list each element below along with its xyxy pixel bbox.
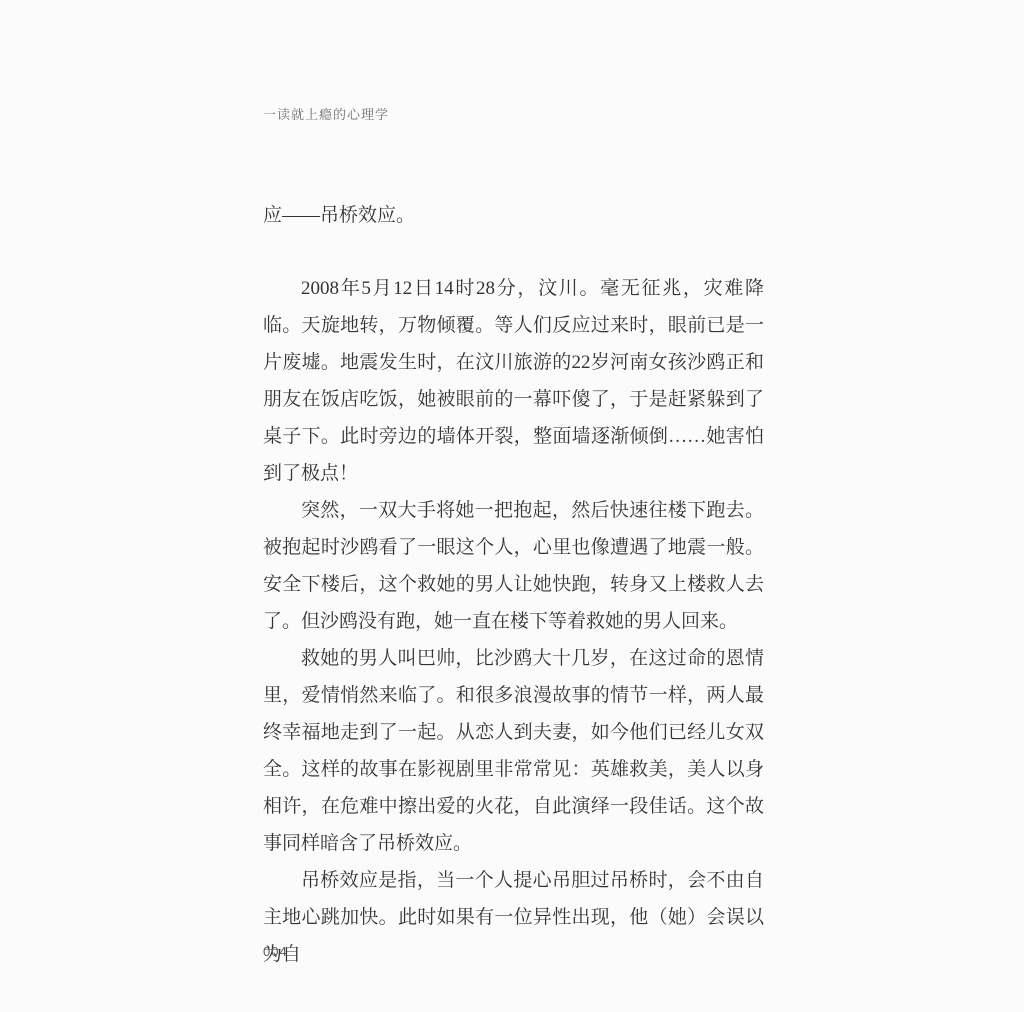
book-page: 一读就上瘾的心理学 应——吊桥效应。 2008年5月12日14时28分，汶川。毫… xyxy=(0,0,1024,1012)
paragraph-1: 2008年5月12日14时28分，汶川。毫无征兆，灾难降临。天旋地转，万物倾覆。… xyxy=(263,270,764,492)
paragraph-2: 突然，一双大手将她一把抱起，然后快速往楼下跑去。被抱起时沙鸥看了一眼这个人，心里… xyxy=(263,492,764,640)
carryover-line: 应——吊桥效应。 xyxy=(263,197,764,234)
body-text: 应——吊桥效应。 2008年5月12日14时28分，汶川。毫无征兆，灾难降临。天… xyxy=(263,197,764,973)
page-number: 004 xyxy=(263,944,288,959)
running-header-book-title: 一读就上瘾的心理学 xyxy=(263,104,389,123)
paragraph-3: 救她的男人叫巴帅，比沙鸥大十几岁，在这过命的恩情里，爱情悄然来临了。和很多浪漫故… xyxy=(263,640,764,862)
paragraph-4: 吊桥效应是指，当一个人提心吊胆过吊桥时，会不由自主地心跳加快。此时如果有一位异性… xyxy=(263,862,764,973)
